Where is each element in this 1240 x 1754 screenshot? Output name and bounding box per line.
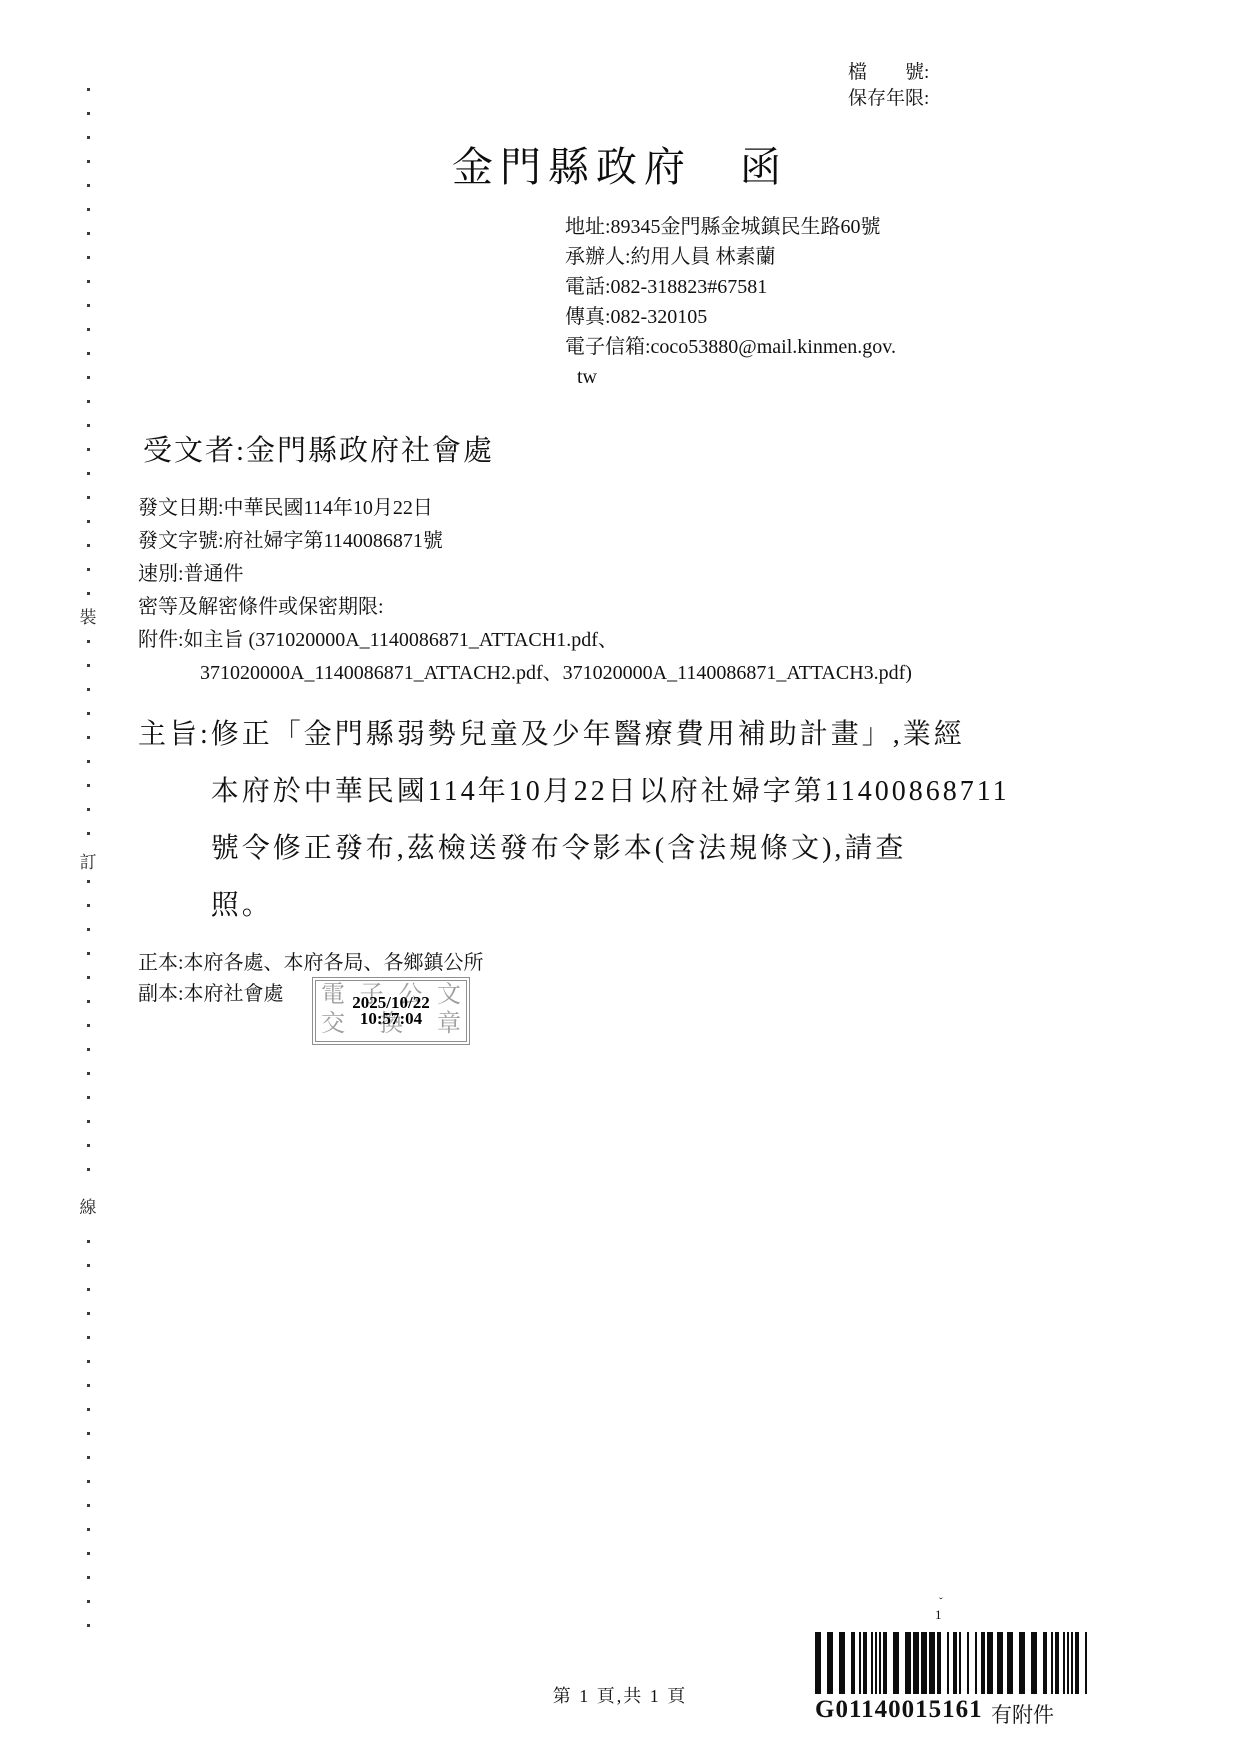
- binding-mark-zhuang: 裝: [76, 598, 100, 633]
- document-meta-block: 發文日期:中華民國114年10月22日 發文字號:府社婦字第1140086871…: [138, 492, 912, 690]
- subject-line-1: 修正「金門縣弱勢兒童及少年醫療費用補助計畫」,業經: [211, 706, 1010, 763]
- electronic-exchange-stamp: 電 子 公 文 交 換 章 2025/10/22 10:57:04: [312, 977, 470, 1045]
- sender-email: 電子信箱:coco53880@mail.kinmen.gov.: [565, 332, 896, 362]
- subject-text: 修正「金門縣弱勢兒童及少年醫療費用補助計畫」,業經 本府於中華民國114年10月…: [211, 706, 1010, 934]
- subject-line-4: 照。: [211, 877, 1010, 934]
- issue-number: 發文字號:府社婦字第1140086871號: [138, 525, 912, 558]
- issue-date: 發文日期:中華民國114年10月22日: [138, 492, 912, 525]
- subject-label: 主旨:: [138, 706, 211, 934]
- sender-contact-block: 地址:89345金門縣金城鎮民生路60號 承辦人:約用人員 林素蘭 電話:082…: [565, 212, 896, 392]
- document-title: 金門縣政府 函: [0, 134, 1240, 193]
- attachment-flag: 有附件: [991, 1699, 1054, 1729]
- attachment-line-2: 371020000A_1140086871_ATTACH2.pdf、371020…: [138, 657, 912, 690]
- stamp-datetime: 2025/10/22 10:57:04: [316, 981, 466, 1041]
- subject-line-2: 本府於中華民國114年10月22日以府社婦字第11400868711: [211, 763, 1010, 820]
- original-recipients: 正本:本府各處、本府各局、各鄉鎮公所: [138, 948, 484, 979]
- barcode-top-accent: ˇ: [939, 1598, 943, 1607]
- sender-phone: 電話:082-318823#67581: [565, 272, 896, 302]
- subject-block: 主旨: 修正「金門縣弱勢兒童及少年醫療費用補助計畫」,業經 本府於中華民國114…: [138, 706, 1010, 934]
- attachment-line-1: 附件:如主旨 (371020000A_1140086871_ATTACH1.pd…: [138, 624, 912, 657]
- sender-contact-person: 承辦人:約用人員 林素蘭: [565, 242, 896, 272]
- archive-label-block: 檔 號: 保存年限:: [848, 60, 929, 112]
- retention-period-label: 保存年限:: [848, 86, 929, 112]
- barcode-top-mark: 1: [935, 1610, 942, 1620]
- barcode-image: [815, 1632, 1093, 1694]
- document-page: 裝 訂 線 檔 號: 保存年限: 金門縣政府 函 地址:89345金門縣金城鎮民…: [0, 0, 1240, 1754]
- recipient-line: 受文者:金門縣政府社會處: [143, 428, 494, 469]
- file-number-label: 檔 號:: [848, 60, 929, 86]
- sender-email-wrap: tw: [565, 362, 896, 392]
- sender-address: 地址:89345金門縣金城鎮民生路60號: [565, 212, 896, 242]
- sender-fax: 傳真:082-320105: [565, 302, 896, 332]
- stamp-time: 10:57:04: [360, 1011, 422, 1027]
- binding-mark-ding: 訂: [76, 843, 100, 878]
- speed-class: 速別:普通件: [138, 558, 912, 591]
- security-class: 密等及解密條件或保密期限:: [138, 591, 912, 624]
- barcode-area: ˇ 1 G01140015161 有附件: [815, 1598, 1115, 1728]
- binding-mark-xian: 線: [76, 1188, 100, 1223]
- barcode-code-text: G01140015161: [815, 1696, 983, 1724]
- subject-line-3: 號令修正發布,茲檢送發布令影本(含法規條文),請查: [211, 820, 1010, 877]
